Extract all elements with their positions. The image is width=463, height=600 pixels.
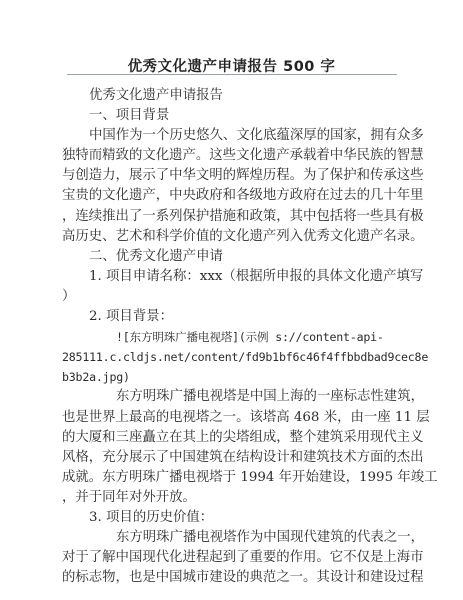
paragraph-line: 的大厦和三座矗立在其上的尖塔组成，整个建筑采用现代主义 xyxy=(62,428,398,448)
paragraph-line: 成就。东方明珠广播电视塔于 1994 年开始建设，1995 年竣工 xyxy=(62,468,398,488)
image-markdown-link: ![东方明珠广播电视塔](示例 s://content-api- xyxy=(62,327,398,347)
paragraph-line: 中国作为一个历史悠久、文化底蕴深厚的国家，拥有众多 xyxy=(62,126,398,146)
list-item-project-name: 1. 项目申请名称：xxx（根据所申报的具体文化遗产填写 xyxy=(62,267,398,287)
paragraph-line: ，连续推出了一系列保护措施和政策，其中包括将一些具有极 xyxy=(62,207,398,227)
paragraph-line: ，并于同年对外开放。 xyxy=(62,488,398,508)
document-body: 优秀文化遗产申请报告 一、项目背景 中国作为一个历史悠久、文化底蕴深厚的国家，拥… xyxy=(62,86,398,588)
document-title: 优秀文化遗产申请报告 500 字 xyxy=(0,55,463,76)
list-item-continuation: ） xyxy=(62,287,398,307)
paragraph-line: 高历史、艺术和科学价值的文化遗产列入优秀文化遗产名录。 xyxy=(62,227,398,247)
section-heading-application: 二、优秀文化遗产申请 xyxy=(62,247,398,267)
image-markdown-link: b3b2a.jpg) xyxy=(62,367,398,387)
report-heading: 优秀文化遗产申请报告 xyxy=(62,86,398,106)
list-item-historical-value: 3. 项目的历史价值： xyxy=(62,508,398,528)
section-heading-background: 一、项目背景 xyxy=(62,106,398,126)
paragraph-line: 对于了解中国现代化进程起到了重要的作用。它不仅是上海市 xyxy=(62,548,398,568)
paragraph-line: 风格，充分展示了中国建筑在结构设计和建筑技术方面的杰出 xyxy=(62,448,398,468)
paragraph-line: 宝贵的文化遗产，中央政府和各级地方政府在过去的几十年里 xyxy=(62,186,398,206)
paragraph-line: 与创造力，展示了中华文明的辉煌历程。为了保护和传承这些 xyxy=(62,166,398,186)
list-item-project-background: 2. 项目背景： xyxy=(62,307,398,327)
paragraph-line: 独特而精致的文化遗产。这些文化遗产承载着中华民族的智慧 xyxy=(62,146,398,166)
paragraph-line: 东方明珠广播电视塔是中国上海的一座标志性建筑， xyxy=(62,387,398,407)
paragraph-line: 也是世界上最高的电视塔之一。该塔高 468 米，由一座 11 层 xyxy=(62,408,398,428)
title-divider xyxy=(67,74,397,75)
paragraph-line: 东方明珠广播电视塔作为中国现代建筑的代表之一， xyxy=(62,528,398,548)
document-page: 优秀文化遗产申请报告 500 字 优秀文化遗产申请报告 一、项目背景 中国作为一… xyxy=(0,0,463,600)
image-markdown-link: 285111.c.cldjs.net/content/fd9b1bf6c46f4… xyxy=(62,347,398,367)
paragraph-line: 的标志物，也是中国城市建设的典范之一。其设计和建设过程 xyxy=(62,568,398,588)
